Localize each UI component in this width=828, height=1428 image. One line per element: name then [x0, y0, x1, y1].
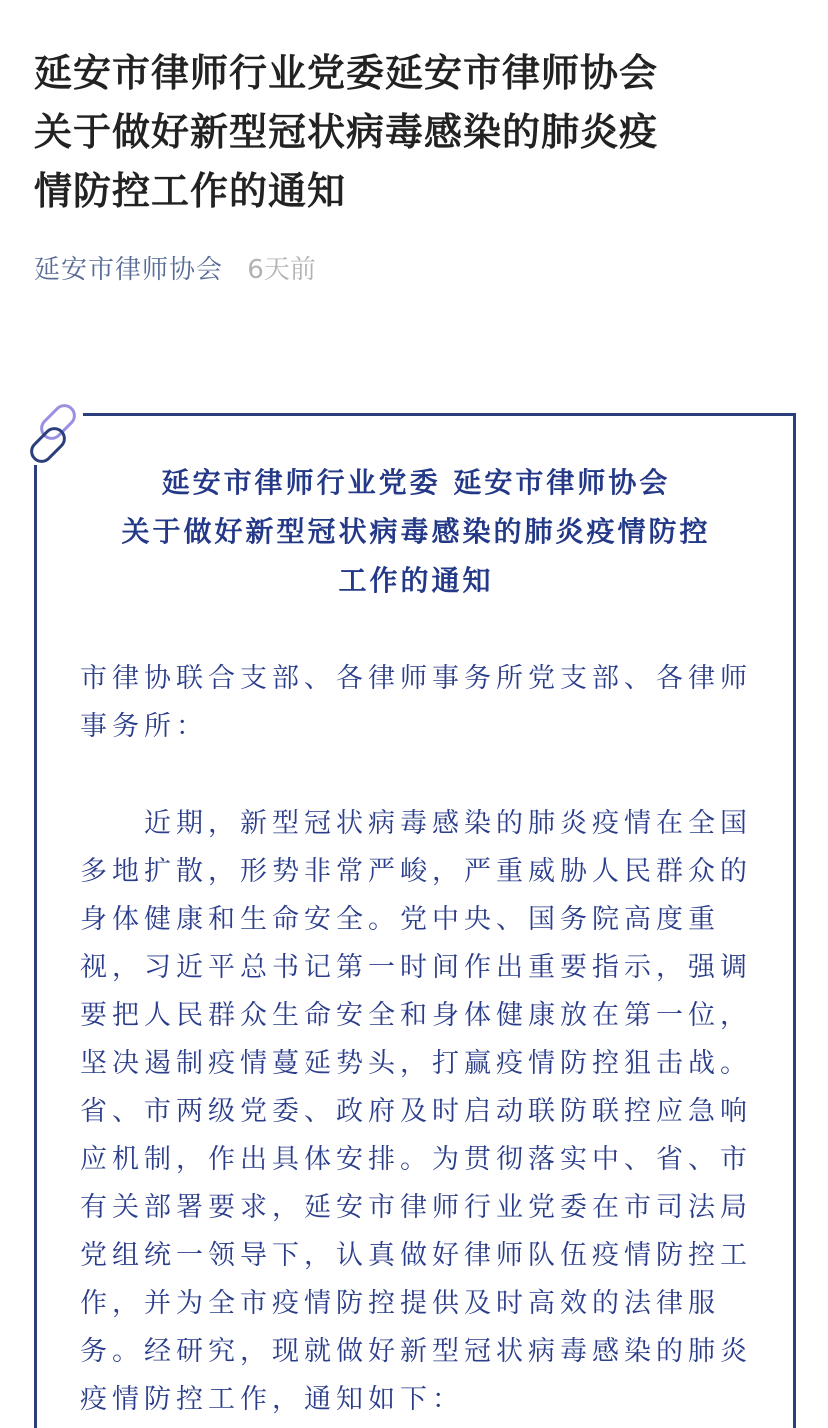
article-meta: 延安市律师协会 6天前 — [34, 250, 316, 290]
text-line: 应机制，作出具体安排。为贯彻落实中、省、市 — [80, 1136, 750, 1184]
notice-heading-line: 关于做好新型冠状病毒感染的肺炎疫情防控 — [60, 507, 772, 556]
text-line: 事务所： — [80, 703, 750, 751]
notice-paragraph: 近期，新型冠状病毒感染的肺炎疫情在全国 多地扩散，形势非常严峻，严重威胁人民群众… — [80, 800, 750, 1424]
author-link[interactable]: 延安市律师协会 — [34, 255, 223, 285]
notice-salutation: 市律协联合支部、各律师事务所党支部、各律师 事务所： — [80, 655, 750, 751]
text-line: 疫情防控工作，通知如下： — [80, 1376, 750, 1424]
text-line: 近期，新型冠状病毒感染的肺炎疫情在全国 — [80, 800, 750, 848]
article-title-line: 关于做好新型冠状病毒感染的肺炎疫 — [34, 103, 794, 162]
text-line: 身体健康和生命安全。党中央、国务院高度重 — [80, 896, 750, 944]
text-line: 有关部署要求，延安市律师行业党委在市司法局 — [80, 1184, 750, 1232]
notice-heading-line: 工作的通知 — [60, 556, 772, 605]
frame-border-top — [83, 413, 796, 416]
text-line: 要把人民群众生命安全和身体健康放在第一位， — [80, 992, 750, 1040]
article-title-line: 情防控工作的通知 — [34, 162, 794, 221]
text-line: 党组统一领导下，认真做好律师队伍疫情防控工 — [80, 1232, 750, 1280]
text-line: 省、市两级党委、政府及时启动联防联控应急响 — [80, 1088, 750, 1136]
frame-border-left — [34, 465, 37, 1428]
frame-border-right — [793, 413, 796, 1428]
text-line: 坚决遏制疫情蔓延势头，打赢疫情防控狙击战。 — [80, 1040, 750, 1088]
link-icon — [28, 404, 88, 466]
text-line: 视，习近平总书记第一时间作出重要指示，强调 — [80, 944, 750, 992]
notice-heading: 延安市律师行业党委 延安市律师协会 关于做好新型冠状病毒感染的肺炎疫情防控 工作… — [60, 458, 772, 605]
notice-heading-line: 延安市律师行业党委 延安市律师协会 — [60, 458, 772, 507]
article-title: 延安市律师行业党委延安市律师协会 关于做好新型冠状病毒感染的肺炎疫 情防控工作的… — [34, 44, 794, 221]
article-title-line: 延安市律师行业党委延安市律师协会 — [34, 44, 794, 103]
text-line: 务。经研究，现就做好新型冠状病毒感染的肺炎 — [80, 1328, 750, 1376]
text-line: 多地扩散，形势非常严峻，严重威胁人民群众的 — [80, 848, 750, 896]
text-line: 市律协联合支部、各律师事务所党支部、各律师 — [80, 655, 750, 703]
publish-time: 6天前 — [247, 255, 316, 285]
text-line: 作，并为全市疫情防控提供及时高效的法律服 — [80, 1280, 750, 1328]
